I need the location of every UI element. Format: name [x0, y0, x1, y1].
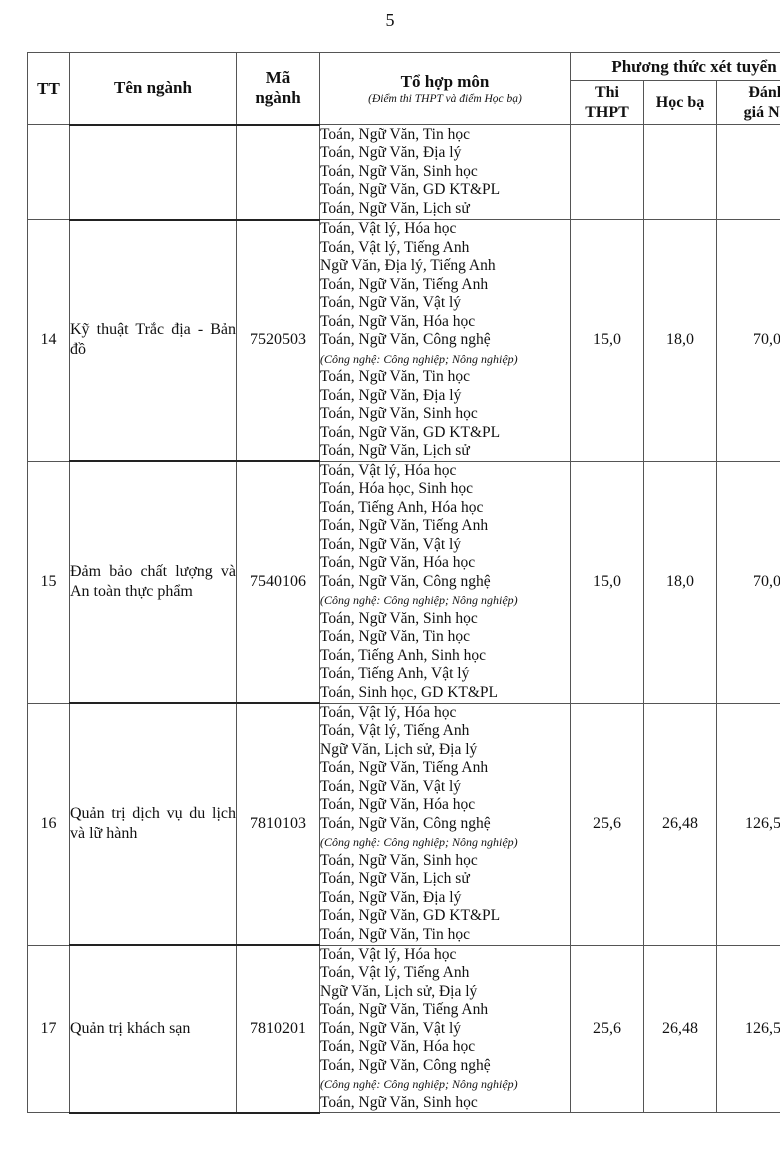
row-number: 15 [28, 461, 70, 703]
major-code [237, 125, 320, 220]
combo-item: Toán, Ngữ Văn, Sinh học [320, 163, 570, 182]
combo-item: Toán, Ngữ Văn, Sinh học [320, 610, 570, 629]
header-admission-methods: Phương thức xét tuyển [571, 53, 780, 81]
row-number: 16 [28, 703, 70, 945]
combo-note: (Công nghệ: Công nghiệp; Nông nghiệp) [320, 350, 570, 369]
combo-item: Toán, Vật lý, Hóa học [320, 462, 570, 481]
combo-item: Toán, Ngữ Văn, Vật lý [320, 294, 570, 313]
combo-item: Toán, Ngữ Văn, Hóa học [320, 554, 570, 573]
combo-item: Toán, Ngữ Văn, Vật lý [320, 536, 570, 555]
combo-item: Toán, Tiếng Anh, Hóa học [320, 499, 570, 518]
subject-combos: Toán, Ngữ Văn, Tin họcToán, Ngữ Văn, Địa… [320, 125, 571, 220]
score-thpt: 25,6 [571, 945, 644, 1113]
combo-item: Toán, Ngữ Văn, Sinh học [320, 405, 570, 424]
row-number: 14 [28, 220, 70, 462]
combo-note: (Công nghệ: Công nghiệp; Nông nghiệp) [320, 1075, 570, 1094]
major-code: 7520503 [237, 220, 320, 462]
combo-item: Toán, Ngữ Văn, Địa lý [320, 889, 570, 908]
header-combos-title: Tổ hợp môn [401, 72, 490, 91]
header-subject-combos: Tổ hợp môn (Điểm thi THPT và điểm Học bạ… [320, 53, 571, 125]
score-hocba: 18,0 [644, 220, 717, 462]
major-name: Kỹ thuật Trắc địa - Bản đồ [70, 220, 237, 462]
combo-item: Toán, Ngữ Văn, GD KT&PL [320, 424, 570, 443]
combo-item: Toán, Ngữ Văn, Hóa học [320, 796, 570, 815]
combo-item: Toán, Sinh học, GD KT&PL [320, 684, 570, 703]
header-nl: Đánh giá NL [717, 81, 780, 125]
header-major-code: Mã ngành [237, 53, 320, 125]
score-nl [717, 125, 780, 220]
score-nl: 70,0 [717, 461, 780, 703]
combo-item: Toán, Tiếng Anh, Sinh học [320, 647, 570, 666]
subject-combos: Toán, Vật lý, Hóa họcToán, Hóa học, Sinh… [320, 461, 571, 703]
header-combos-note: (Điểm thi THPT và điểm Học bạ) [320, 92, 570, 106]
combo-item: Toán, Ngữ Văn, Vật lý [320, 1020, 570, 1039]
table-row: 15Đảm bảo chất lượng và An toàn thực phẩ… [28, 461, 780, 703]
header-hocba: Học bạ [644, 81, 717, 125]
table-row: 16Quản trị dịch vụ du lịch và lữ hành781… [28, 703, 780, 945]
combo-item: Toán, Ngữ Văn, Lịch sử [320, 442, 570, 461]
table-row: 17Quản trị khách sạn7810201Toán, Vật lý,… [28, 945, 780, 1113]
score-thpt: 15,0 [571, 461, 644, 703]
row-number: 17 [28, 945, 70, 1113]
header-code-line2: ngành [255, 88, 300, 107]
header-nl-line1: Đánh [748, 84, 780, 101]
score-hocba [644, 125, 717, 220]
combo-item: Toán, Ngữ Văn, Hóa học [320, 313, 570, 332]
combo-item: Toán, Ngữ Văn, Tiếng Anh [320, 1001, 570, 1020]
combo-item: Toán, Vật lý, Tiếng Anh [320, 239, 570, 258]
combo-item: Toán, Ngữ Văn, Tin học [320, 926, 570, 945]
combo-item: Toán, Ngữ Văn, Địa lý [320, 144, 570, 163]
combo-item: Toán, Ngữ Văn, Công nghệ [320, 815, 570, 834]
combo-item: Toán, Vật lý, Tiếng Anh [320, 722, 570, 741]
header-thpt-line2: THPT [585, 104, 629, 121]
combo-item: Toán, Ngữ Văn, Tiếng Anh [320, 517, 570, 536]
page-number: 5 [0, 10, 780, 31]
combo-item: Toán, Vật lý, Tiếng Anh [320, 964, 570, 983]
combo-item: Toán, Ngữ Văn, Sinh học [320, 1094, 570, 1113]
major-name: Quản trị dịch vụ du lịch và lữ hành [70, 703, 237, 945]
subject-combos: Toán, Vật lý, Hóa họcToán, Vật lý, Tiếng… [320, 703, 571, 945]
combo-item: Toán, Ngữ Văn, Tin học [320, 628, 570, 647]
admissions-table: TT Tên ngành Mã ngành Tổ hợp môn (Điểm t… [27, 52, 780, 1114]
score-nl: 126,53 [717, 945, 780, 1113]
combo-item: Toán, Ngữ Văn, Công nghệ [320, 331, 570, 350]
table-header: TT Tên ngành Mã ngành Tổ hợp môn (Điểm t… [28, 53, 780, 125]
combo-item: Toán, Ngữ Văn, Hóa học [320, 1038, 570, 1057]
row-number [28, 125, 70, 220]
combo-item: Toán, Vật lý, Hóa học [320, 220, 570, 239]
combo-item: Toán, Ngữ Văn, Tiếng Anh [320, 759, 570, 778]
combo-item: Toán, Ngữ Văn, Công nghệ [320, 1057, 570, 1076]
subject-combos: Toán, Vật lý, Hóa họcToán, Vật lý, Tiếng… [320, 220, 571, 462]
combo-item: Toán, Tiếng Anh, Vật lý [320, 665, 570, 684]
combo-item: Toán, Ngữ Văn, Lịch sử [320, 200, 570, 219]
combo-item: Toán, Ngữ Văn, GD KT&PL [320, 907, 570, 926]
score-hocba: 26,48 [644, 945, 717, 1113]
score-hocba: 18,0 [644, 461, 717, 703]
score-thpt [571, 125, 644, 220]
combo-item: Toán, Ngữ Văn, Sinh học [320, 852, 570, 871]
combo-item: Toán, Hóa học, Sinh học [320, 480, 570, 499]
table-body: Toán, Ngữ Văn, Tin họcToán, Ngữ Văn, Địa… [28, 125, 780, 1113]
combo-item: Toán, Ngữ Văn, Tin học [320, 126, 570, 145]
subject-combos: Toán, Vật lý, Hóa họcToán, Vật lý, Tiếng… [320, 945, 571, 1113]
combo-note: (Công nghệ: Công nghiệp; Nông nghiệp) [320, 591, 570, 610]
header-thpt-line1: Thi [595, 84, 619, 101]
score-thpt: 15,0 [571, 220, 644, 462]
major-code: 7540106 [237, 461, 320, 703]
combo-item: Ngữ Văn, Lịch sử, Địa lý [320, 983, 570, 1002]
score-nl: 70,0 [717, 220, 780, 462]
combo-item: Toán, Ngữ Văn, Công nghệ [320, 573, 570, 592]
table-row: Toán, Ngữ Văn, Tin họcToán, Ngữ Văn, Địa… [28, 125, 780, 220]
combo-item: Toán, Ngữ Văn, Địa lý [320, 387, 570, 406]
score-thpt: 25,6 [571, 703, 644, 945]
header-thpt: Thi THPT [571, 81, 644, 125]
header-nl-line2: giá NL [744, 104, 780, 121]
combo-item: Toán, Ngữ Văn, Lịch sử [320, 870, 570, 889]
table-row: 14Kỹ thuật Trắc địa - Bản đồ7520503Toán,… [28, 220, 780, 462]
score-hocba: 26,48 [644, 703, 717, 945]
header-code-line1: Mã [266, 68, 291, 87]
score-nl: 126,53 [717, 703, 780, 945]
major-name [70, 125, 237, 220]
combo-item: Toán, Ngữ Văn, Vật lý [320, 778, 570, 797]
major-code: 7810201 [237, 945, 320, 1113]
combo-item: Toán, Ngữ Văn, GD KT&PL [320, 181, 570, 200]
major-name: Đảm bảo chất lượng và An toàn thực phẩm [70, 461, 237, 703]
combo-item: Toán, Vật lý, Hóa học [320, 946, 570, 965]
combo-item: Toán, Ngữ Văn, Tin học [320, 368, 570, 387]
header-tt: TT [28, 53, 70, 125]
header-major-name: Tên ngành [70, 53, 237, 125]
combo-item: Toán, Ngữ Văn, Tiếng Anh [320, 276, 570, 295]
major-code: 7810103 [237, 703, 320, 945]
major-name: Quản trị khách sạn [70, 945, 237, 1113]
combo-note: (Công nghệ: Công nghiệp; Nông nghiệp) [320, 833, 570, 852]
combo-item: Ngữ Văn, Lịch sử, Địa lý [320, 741, 570, 760]
combo-item: Toán, Vật lý, Hóa học [320, 704, 570, 723]
combo-item: Ngữ Văn, Địa lý, Tiếng Anh [320, 257, 570, 276]
